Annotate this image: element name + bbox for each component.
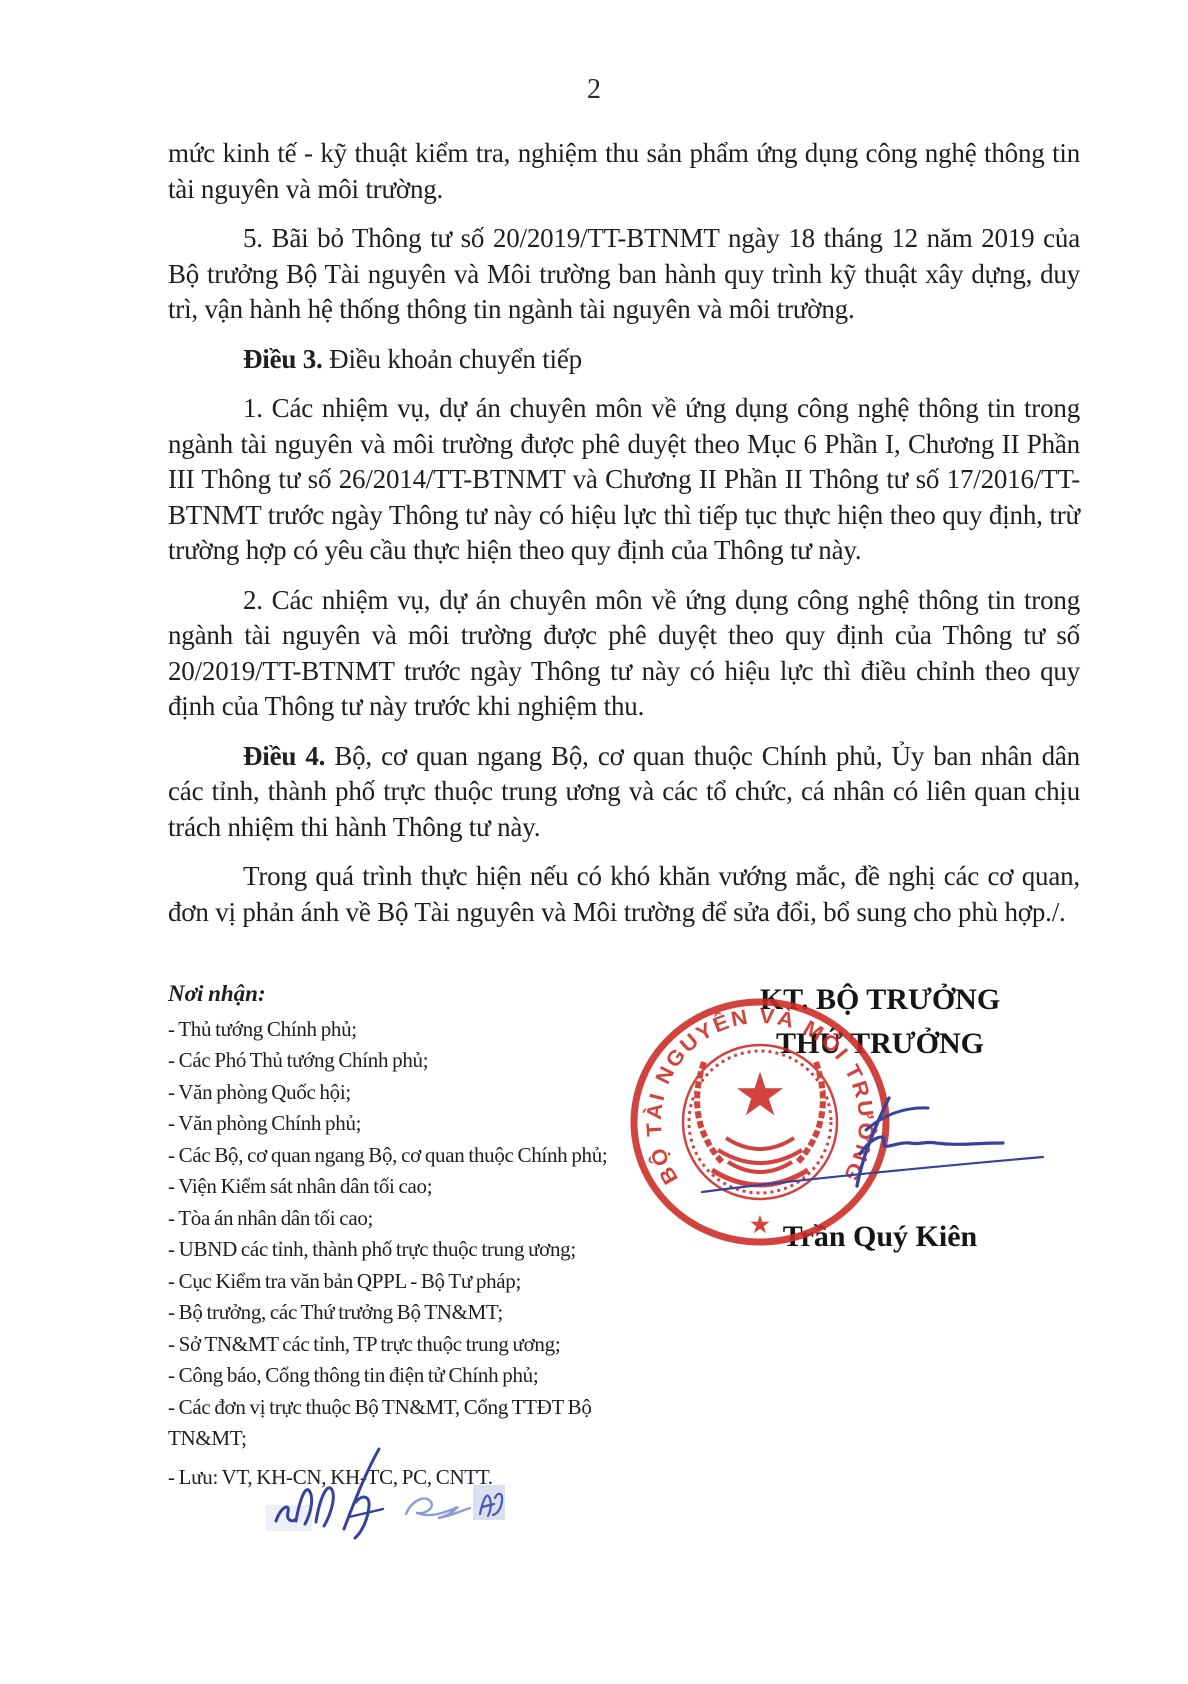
recipient-item: - Tòa án nhân dân tối cao; — [168, 1203, 670, 1235]
recipient-item: - Các Bộ, cơ quan ngang Bộ, cơ quan thuộ… — [168, 1140, 670, 1172]
paragraph-text: 1. Các nhiệm vụ, dự án chuyên môn về ứng… — [168, 393, 1080, 565]
signer-title-line1: KT. BỘ TRƯỞNG — [640, 978, 1120, 1022]
body-paragraph: 5. Bãi bỏ Thông tư số 20/2019/TT-BTNMT n… — [168, 221, 1080, 328]
signature-squiggle — [860, 1137, 1003, 1154]
paragraph-lead: Điều 4. — [243, 741, 325, 771]
seal-inner-ring — [683, 1045, 837, 1199]
body-paragraph: Trong quá trình thực hiện nếu có khó khă… — [168, 859, 1080, 930]
paragraph-text: Trong quá trình thực hiện nếu có khó khă… — [168, 861, 1080, 927]
recipient-item: - Bộ trưởng, các Thứ trưởng Bộ TN&MT; — [168, 1297, 670, 1329]
paragraph-text: 5. Bãi bỏ Thông tư số 20/2019/TT-BTNMT n… — [168, 223, 1080, 324]
body-paragraph: mức kinh tế - kỹ thuật kiểm tra, nghiệm … — [168, 136, 1080, 207]
signature-stem — [857, 1098, 889, 1186]
recipient-item: - Văn phòng Chính phủ; — [168, 1108, 670, 1140]
recipient-item: - Các đơn vị trực thuộc Bộ TN&MT, Cổng T… — [168, 1392, 670, 1455]
initials-highlight — [266, 1505, 312, 1531]
signer-title-line2: THỨ TRƯỞNG — [640, 1022, 1120, 1066]
recipient-item: - Cục Kiểm tra văn bản QPPL - Bộ Tư pháp… — [168, 1266, 670, 1298]
recipient-item: - Thủ tướng Chính phủ; — [168, 1014, 670, 1046]
paragraph-text: 2. Các nhiệm vụ, dự án chuyên môn về ứng… — [168, 585, 1080, 722]
paragraph-text: mức kinh tế - kỹ thuật kiểm tra, nghiệm … — [168, 138, 1080, 204]
recipients-block: Nơi nhận: - Thủ tướng Chính phủ; - Các P… — [168, 978, 670, 1493]
recipient-item: - Công báo, Cổng thông tin điện tử Chính… — [168, 1360, 670, 1392]
signature-block: KT. BỘ TRƯỞNG THỨ TRƯỞNG Trần Quý Kiên — [640, 978, 1120, 1066]
light-flourish-ink — [406, 1498, 470, 1518]
signer-name: Trần Quý Kiên — [640, 1220, 1120, 1254]
seal-emblem-border — [689, 1051, 831, 1193]
boxed-initials-ink — [480, 1494, 502, 1516]
page-number: 2 — [0, 74, 1188, 106]
recipient-item: - Viện Kiểm sát nhân dân tối cao; — [168, 1171, 670, 1203]
document-page: 2 mức kinh tế - kỹ thuật kiểm tra, nghiệ… — [0, 0, 1188, 1684]
signature-underline — [702, 1157, 1043, 1192]
article-heading: Điều 3. Điều khoản chuyển tiếp — [168, 342, 1080, 378]
recipient-item: - Các Phó Thủ tướng Chính phủ; — [168, 1045, 670, 1077]
recipient-item: - Lưu: VT, KH-CN, KH-TC, PC, CNTT. — [168, 1462, 670, 1494]
paragraph-text: Điều khoản chuyển tiếp — [323, 344, 582, 374]
recipients-label: Nơi nhận: — [168, 978, 670, 1010]
recipient-item: - UBND các tỉnh, thành phố trực thuộc tr… — [168, 1234, 670, 1266]
recipient-item: - Văn phòng Quốc hội; — [168, 1077, 670, 1109]
recipient-item: - Sở TN&MT các tỉnh, TP trực thuộc trung… — [168, 1329, 670, 1361]
signature-flourish — [866, 1108, 928, 1130]
document-body: mức kinh tế - kỹ thuật kiểm tra, nghiệm … — [168, 136, 1080, 944]
seal-emblem-wreath — [697, 1062, 823, 1162]
body-paragraph: 1. Các nhiệm vụ, dự án chuyên môn về ứng… — [168, 391, 1080, 569]
seal-emblem-drum — [712, 1138, 808, 1185]
seal-emblem-star-icon: ★ — [733, 1062, 787, 1128]
body-paragraph: 2. Các nhiệm vụ, dự án chuyên môn về ứng… — [168, 583, 1080, 725]
paragraph-lead: Điều 3. — [243, 344, 323, 374]
article-heading: Điều 4. Bộ, cơ quan ngang Bộ, cơ quan th… — [168, 739, 1080, 846]
signer-signature-ink — [702, 1098, 1043, 1192]
